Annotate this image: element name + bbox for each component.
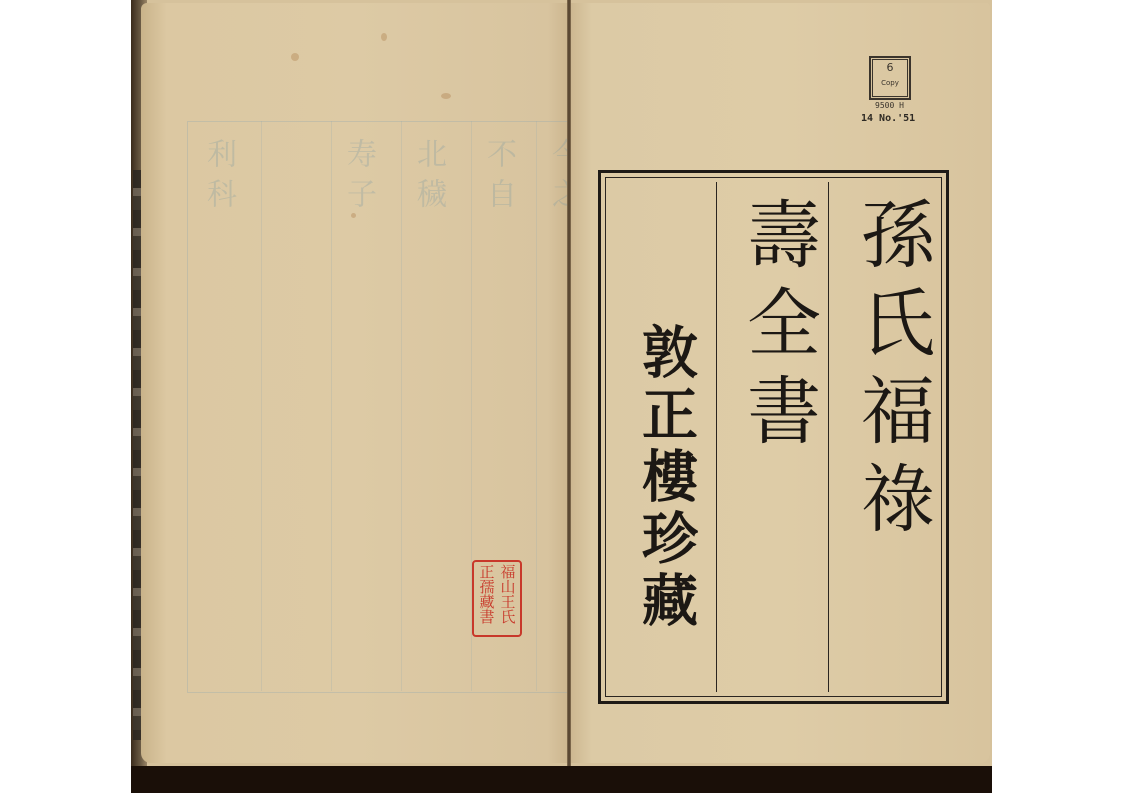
library-stamp: 6 Copy	[869, 56, 911, 100]
book-title-line-1: 孫氏福祿	[842, 196, 942, 548]
copy-number: 6	[871, 61, 909, 74]
call-number-line-2: 14 No.'51	[861, 113, 915, 124]
seal-text: 福山王氏	[498, 564, 518, 633]
scanned-book-spread: 今之 不自 北穢 寿子 利科 福山王氏 正孺藏書 6 Copy 9500 H 1…	[131, 0, 992, 793]
bleed-through-text: 不自	[476, 138, 520, 218]
seal-text: 正孺藏書	[477, 564, 497, 633]
call-number-line-1: 9500 H	[875, 101, 904, 110]
title-page-frame: 孫氏福祿 壽全書 敦正樓珍藏	[598, 170, 949, 704]
publisher-line: 敦正樓珍藏	[626, 323, 706, 633]
bleed-through-text: 寿子	[336, 138, 380, 218]
copy-label: Copy	[871, 79, 909, 87]
book-spread: 今之 不自 北穢 寿子 利科 福山王氏 正孺藏書 6 Copy 9500 H 1…	[131, 0, 992, 766]
bleed-through-text: 北穢	[406, 138, 450, 218]
left-page: 今之 不自 北穢 寿子 利科	[141, 3, 569, 763]
book-title-line-2: 壽全書	[728, 196, 828, 460]
title-inner-border: 孫氏福祿 壽全書 敦正樓珍藏	[605, 177, 942, 697]
bleed-through-text: 利科	[196, 138, 240, 218]
column-rule	[716, 182, 717, 692]
column-rule	[828, 182, 829, 692]
collector-seal: 福山王氏 正孺藏書	[472, 560, 522, 637]
